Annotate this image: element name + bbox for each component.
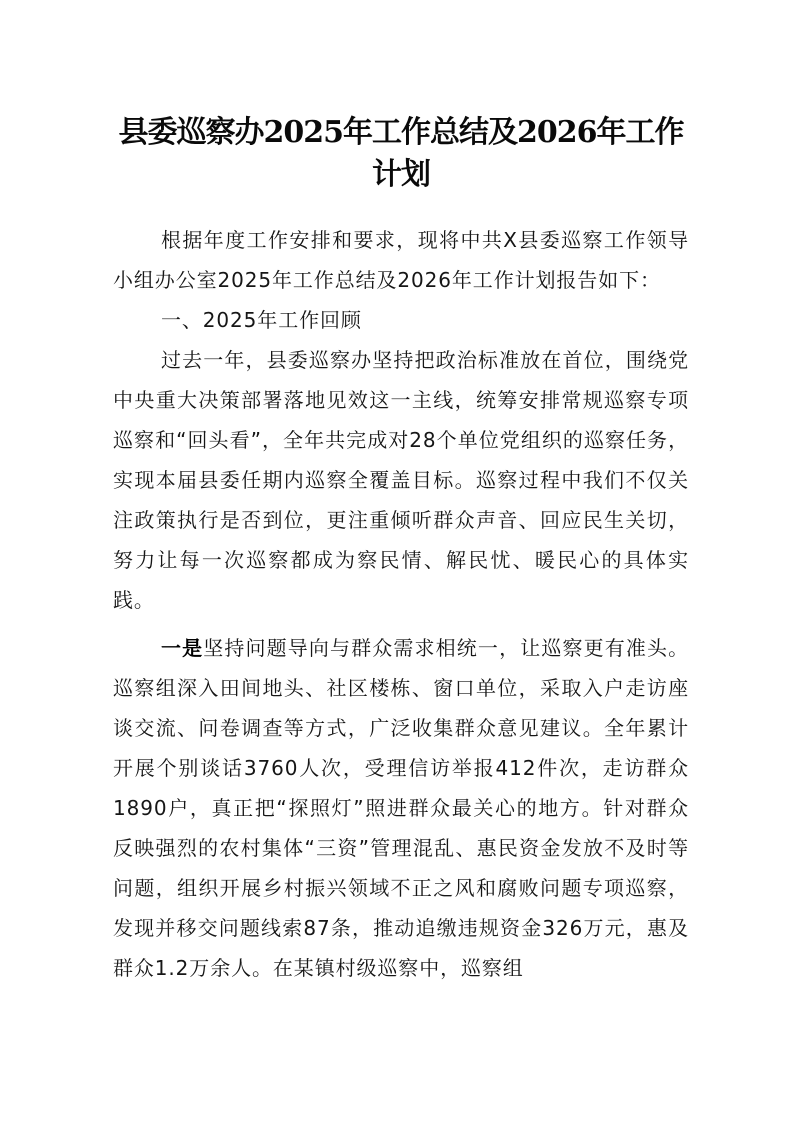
point-one-paragraph: 一是坚持问题导向与群众需求相统一，让巡察更有准头。巡察组深入田间地头、社区楼栋、… <box>113 628 689 988</box>
intro-paragraph: 根据年度工作安排和要求，现将中共X县委巡察工作领导小组办公室2025年工作总结及… <box>113 220 689 300</box>
paragraph-gap <box>113 620 689 628</box>
point-one-lead: 一是 <box>161 636 203 660</box>
title-line-1: 县委巡察办2025年工作总结及2026年工作 <box>93 112 709 154</box>
document-title: 县委巡察办2025年工作总结及2026年工作 计划 <box>93 112 709 196</box>
point-one-text: 坚持问题导向与群众需求相统一，让巡察更有准头。巡察组深入田间地头、社区楼栋、窗口… <box>113 636 689 980</box>
review-paragraph: 过去一年，县委巡察办坚持把政治标准放在首位，围绕党中央重大决策部署落地见效这一主… <box>113 340 689 620</box>
title-line-2: 计划 <box>93 154 709 196</box>
document-page: 县委巡察办2025年工作总结及2026年工作 计划 根据年度工作安排和要求，现将… <box>113 112 689 988</box>
section-heading-review: 一、2025年工作回顾 <box>113 300 689 340</box>
